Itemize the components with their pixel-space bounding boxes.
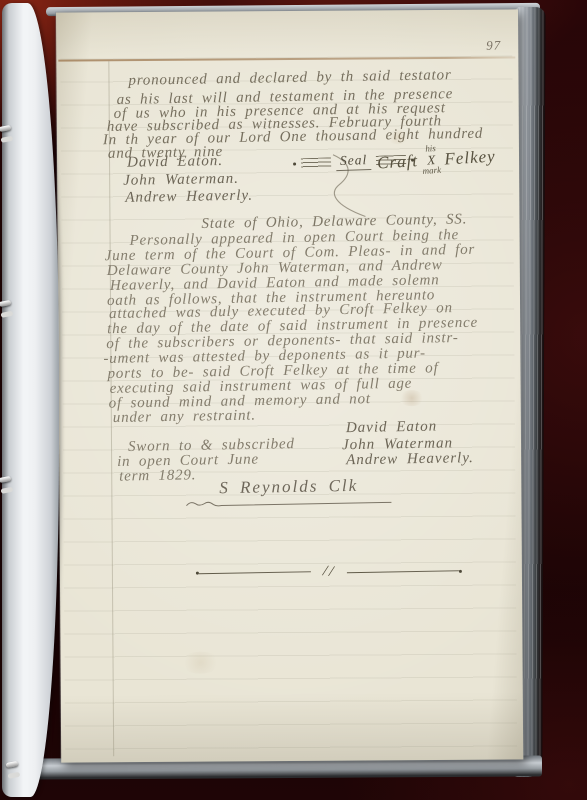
divider-line: [347, 570, 459, 573]
witness-signature: David Eaton: [346, 419, 438, 437]
record-book-photo: 97 pronounced and declared by th said te…: [0, 0, 587, 800]
his-mark: his X mark: [421, 144, 441, 176]
witness-signature: David Eaton.: [127, 153, 223, 171]
divider-slashes: //: [322, 563, 336, 581]
clerk-underline-flourish: [183, 498, 395, 509]
manuscript-page: 97 pronounced and declared by th said te…: [56, 9, 523, 762]
testator-signature: Craft his X mark Felkey: [376, 141, 496, 179]
witness-signature: John Waterman.: [123, 171, 239, 190]
page-number: 97: [486, 38, 501, 53]
page-curl-left: [2, 3, 59, 797]
ink-stain: [399, 390, 425, 406]
jurat-line: term 1829.: [119, 467, 196, 485]
testator-last-name: Felkey: [444, 146, 496, 169]
seal-label: Seal: [336, 152, 372, 171]
flourish-dot-icon: [293, 162, 296, 165]
mark-label: mark: [422, 166, 441, 176]
witness-signature: Andrew Heaverly.: [125, 188, 253, 207]
divider-dot-icon: [459, 569, 462, 572]
divider-line: [199, 571, 311, 574]
header-rule: [58, 56, 515, 61]
witness-signature: Andrew Heaverly.: [346, 450, 474, 469]
flourish-lines-icon: [301, 157, 331, 169]
clerk-signature: S Reynolds Clk: [219, 477, 358, 498]
ink-stain: [180, 652, 220, 674]
entry-divider: //: [196, 563, 462, 581]
manuscript-line: under any restraint.: [113, 408, 256, 427]
testator-first-name: Craft: [377, 151, 419, 173]
